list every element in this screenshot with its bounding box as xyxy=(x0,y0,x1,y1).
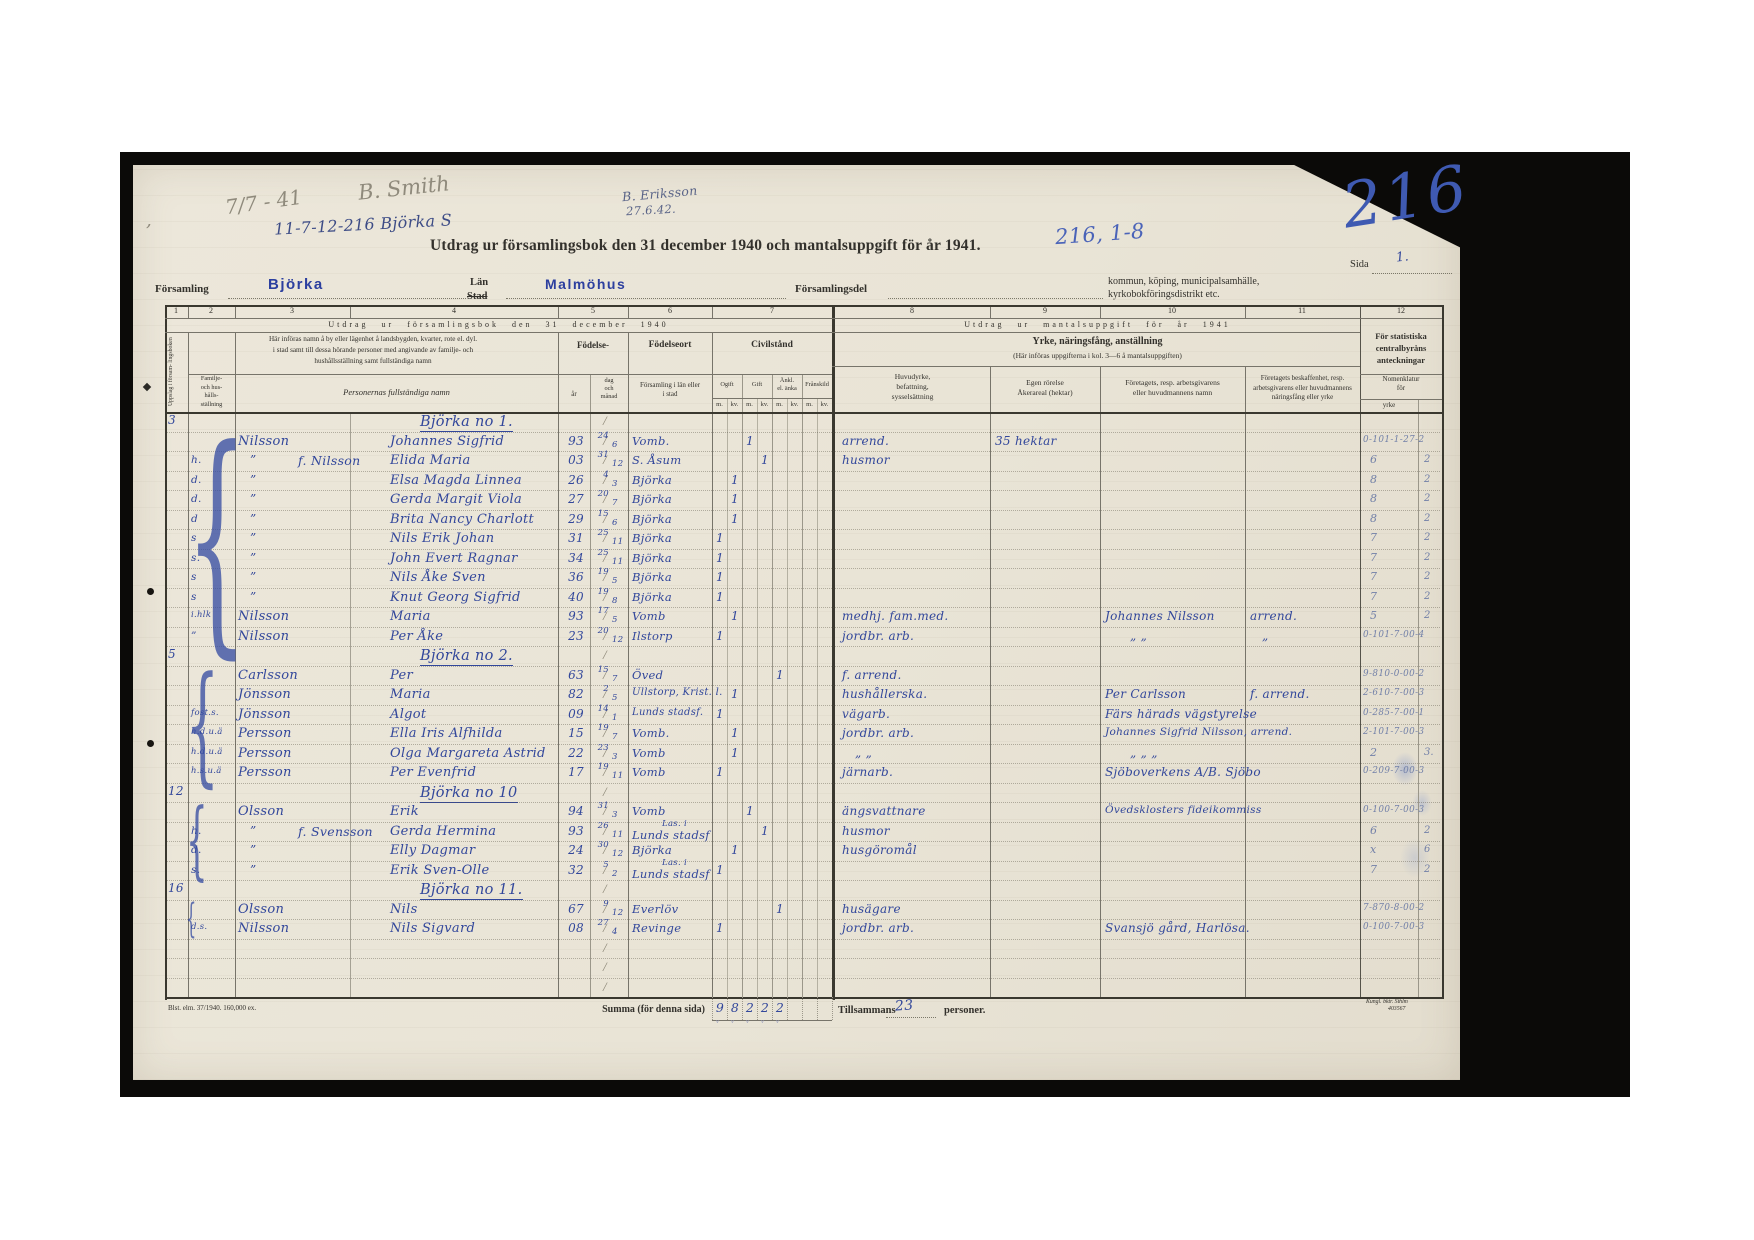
scanned-church-record-page: 7/7 - 41 B. Smith 11-7-12-216 Björka S B… xyxy=(0,0,1754,1240)
paper-sheet xyxy=(133,165,1460,1080)
